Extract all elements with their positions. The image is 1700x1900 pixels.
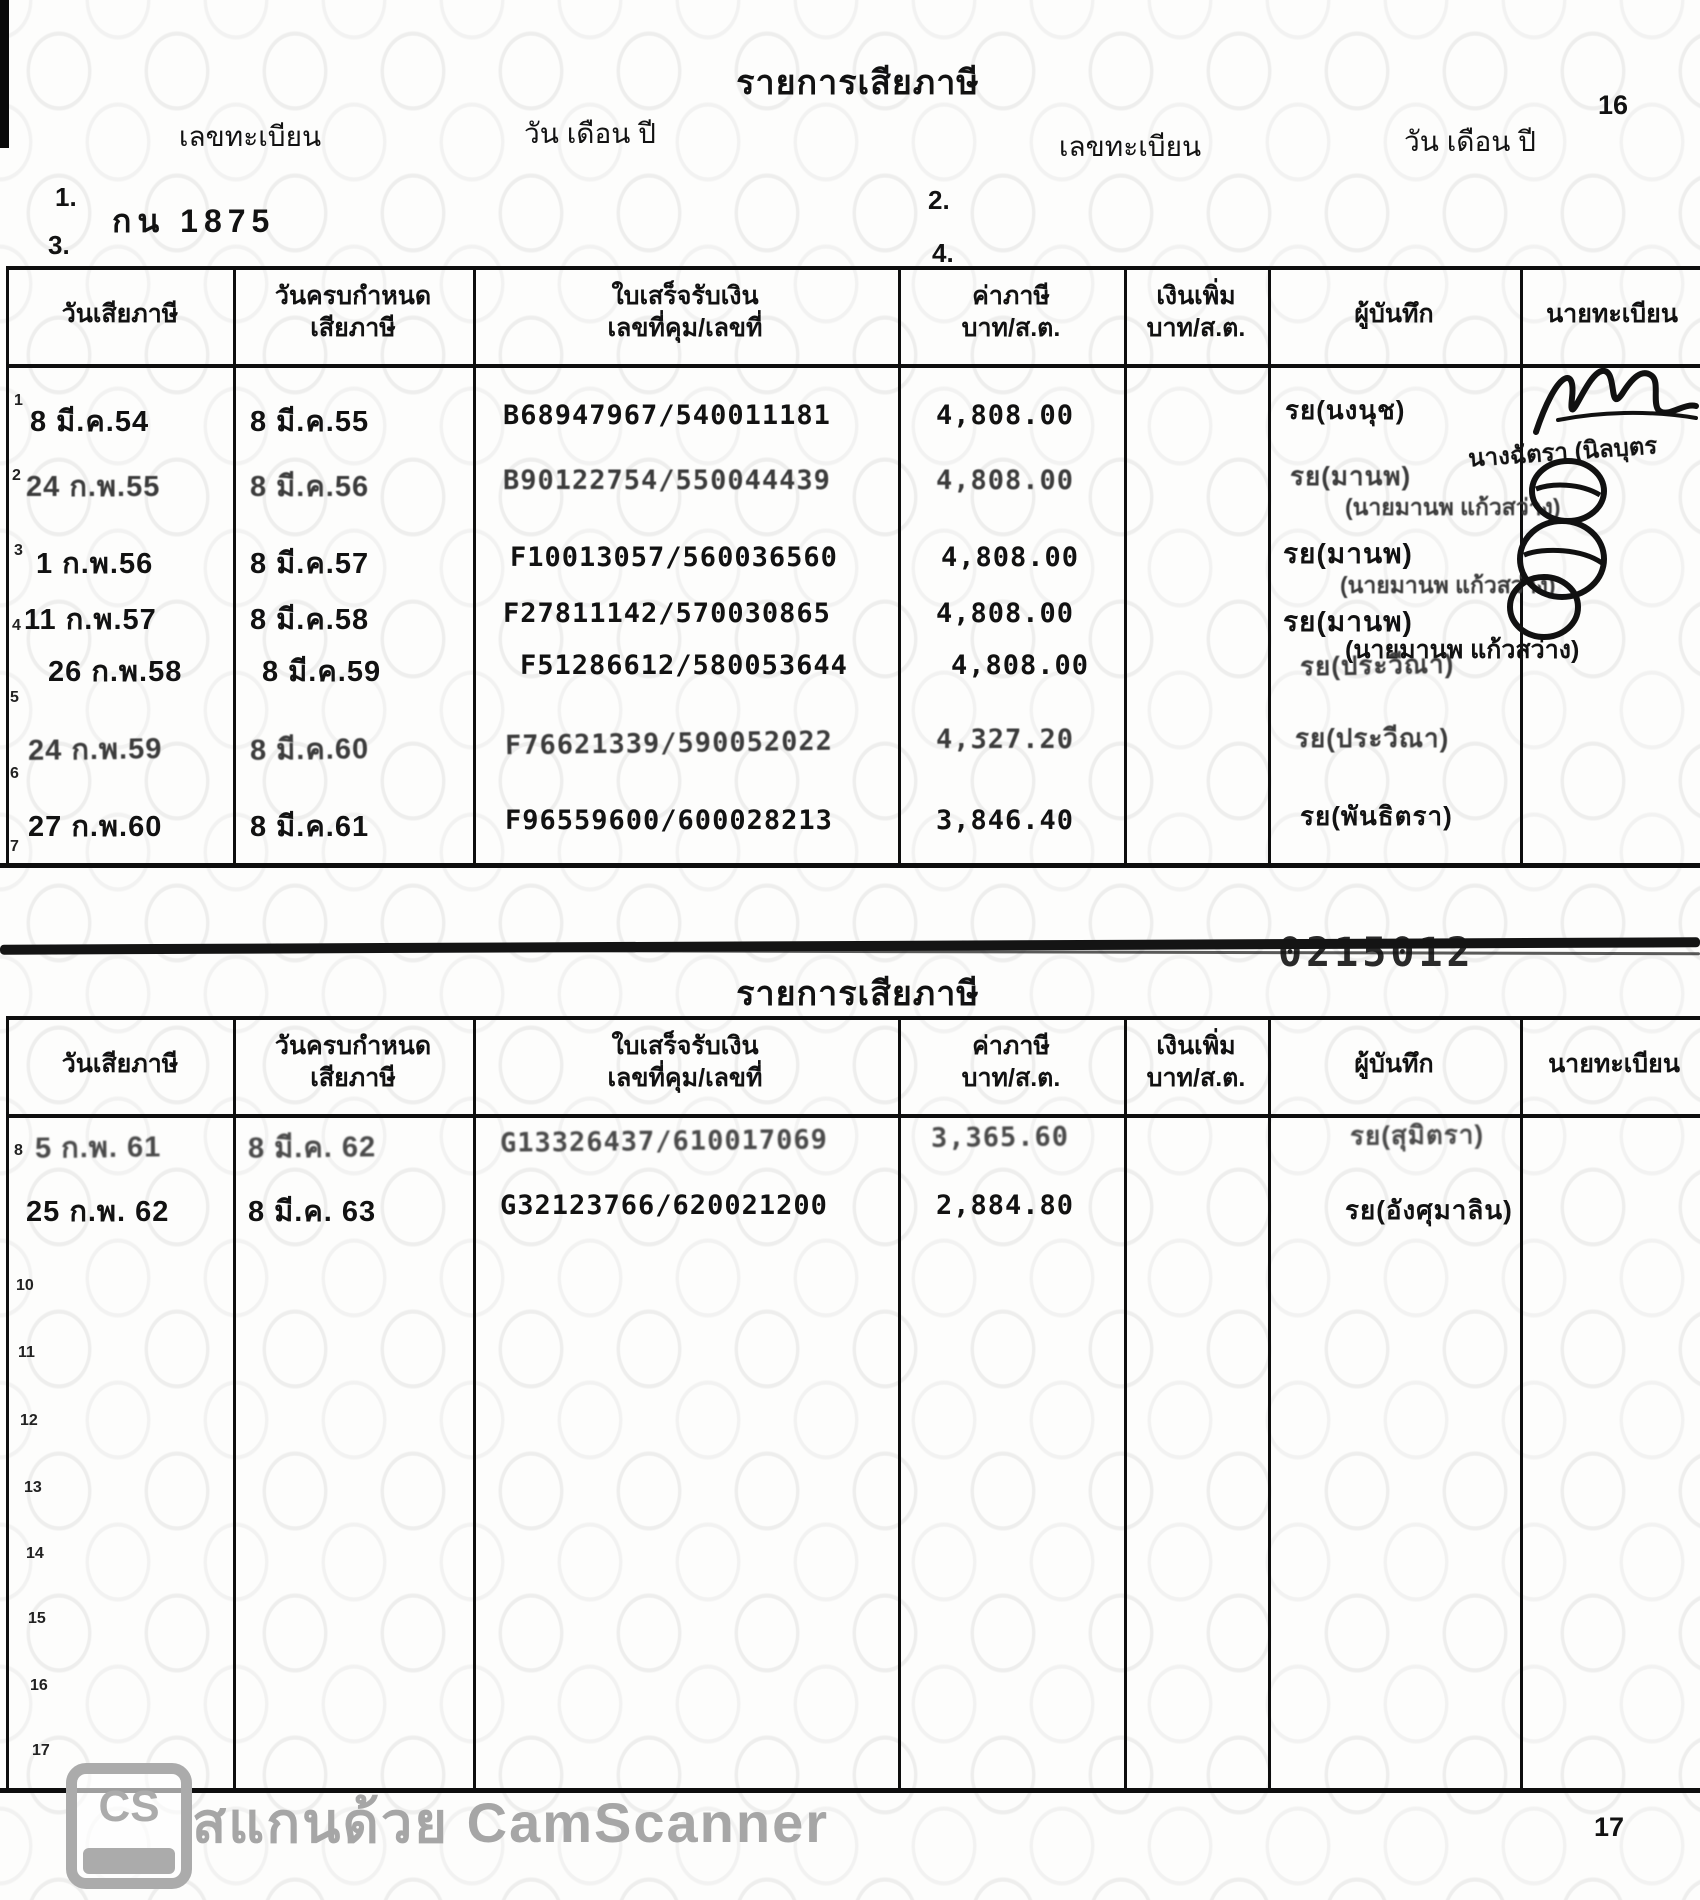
- table-border-line: [6, 364, 1700, 368]
- doc-title-bottom: รายการเสียภาษี: [736, 966, 979, 1020]
- header-receipt-number: ใบเสร็จรับเงิน เลขที่คุม/เลขที่: [607, 280, 762, 344]
- field-1-value: กน 1875: [112, 196, 275, 247]
- table-row-cell-tax-date: 27 ก.พ.60: [28, 803, 162, 849]
- scan-edge-artifact: [0, 0, 9, 148]
- table-row-cell-due-date: 8 มี.ค. 62: [248, 1123, 377, 1170]
- table-row-cell-receipt: B90122754/550044439: [503, 465, 831, 496]
- table-row-cell-tax-date: 5 ก.พ. 61: [35, 1123, 162, 1170]
- table-border-line: [1124, 266, 1127, 867]
- row-number: 4: [12, 617, 21, 635]
- field-2-label: 2.: [928, 185, 950, 216]
- row-number: 5: [10, 689, 19, 707]
- table-border-line: [233, 1016, 236, 1793]
- table-row-cell-due-date: 8 มี.ค.60: [250, 725, 370, 773]
- row-number: 14: [26, 1545, 44, 1563]
- doc-title-top: รายการเสียภาษี: [736, 55, 979, 109]
- header-surcharge: เงินเพิ่ม บาท/ส.ต.: [1147, 280, 1246, 344]
- table-row-cell-tax-date: 25 ก.พ. 62: [26, 1188, 169, 1234]
- table-border-line: [1268, 1016, 1271, 1793]
- camscanner-watermark-text: สแกนด้วย CamScanner: [192, 1778, 829, 1867]
- scanned-tax-record-page: 16 รายการเสียภาษี เลขทะเบียน วัน เดือน ป…: [0, 0, 1700, 1900]
- table-border-line: [233, 266, 236, 867]
- table-border-line: [1520, 1016, 1523, 1793]
- table-border-line: [1124, 1016, 1127, 1793]
- label-date-right: วัน เดือน ปี: [1404, 120, 1536, 164]
- row-number: 13: [24, 1479, 42, 1497]
- header-recorder: ผู้บันทึก: [1354, 1048, 1433, 1080]
- row-number: 16: [30, 1677, 48, 1695]
- table-row-cell-due-date: 8 มี.ค.59: [262, 648, 381, 694]
- header-due-date: วันครบกำหนด เสียภาษี: [275, 1030, 431, 1094]
- table-row-cell-recorder: รย(ประวีณา): [1300, 644, 1455, 688]
- camscanner-logo-bar: [83, 1848, 175, 1874]
- camscanner-logo: CS: [66, 1763, 192, 1889]
- handwritten-circle-marks: [1496, 455, 1656, 645]
- field-1-label: 1.: [55, 182, 77, 213]
- table-border-line: [6, 266, 1700, 270]
- table-row-cell-tax-date: 26 ก.พ.58: [48, 648, 182, 694]
- table-row-cell-amount: 4,327.20: [936, 724, 1074, 755]
- table-row-cell-recorder: รย(นงนุช): [1285, 390, 1405, 431]
- row-number: 2: [12, 467, 21, 485]
- row-number: 12: [20, 1412, 38, 1430]
- table-row-cell-due-date: 8 มี.ค.57: [250, 540, 369, 586]
- header-tax-date: วันเสียภาษี: [62, 298, 179, 330]
- label-registration-left: เลขทะเบียน: [179, 115, 321, 159]
- table-border-line: [1268, 266, 1271, 867]
- table-row-cell-recorder: รย(สุมิตรา): [1350, 1114, 1484, 1156]
- table-border-line: [6, 1016, 9, 1793]
- table-row-cell-recorder: รย(ประวีณา): [1295, 718, 1449, 759]
- table-row-cell-tax-date: 8 มี.ค.54: [30, 398, 149, 444]
- row-number: 3: [14, 542, 23, 560]
- row-number: 8: [14, 1142, 23, 1160]
- header-recorder: ผู้บันทึก: [1354, 298, 1433, 330]
- table-border-line: [473, 266, 476, 867]
- table-border-line: [473, 1016, 476, 1793]
- page-number-bottom: 17: [1594, 1812, 1624, 1843]
- page-number-top: 16: [1598, 90, 1628, 121]
- table-row-cell-receipt: F27811142/570030865: [503, 598, 831, 629]
- table-row-cell-due-date: 8 มี.ค.55: [250, 398, 369, 444]
- table-row-cell-receipt: G13326437/610017069: [500, 1124, 828, 1158]
- camscanner-logo-text: CS: [77, 1782, 181, 1832]
- table-row-cell-tax-date: 24 ก.พ.59: [28, 725, 163, 773]
- row-number: 6: [10, 765, 19, 783]
- table-row-cell-amount: 4,808.00: [951, 650, 1089, 681]
- table-row-cell-receipt: F51286612/580053644: [520, 650, 848, 681]
- header-tax-amount: ค่าภาษี บาท/ส.ต.: [962, 1030, 1061, 1094]
- table-row-cell-tax-date: 1 ก.พ.56: [36, 540, 153, 586]
- table-row-cell-receipt: F76621339/590052022: [505, 726, 833, 762]
- header-tax-amount: ค่าภาษี บาท/ส.ต.: [962, 280, 1061, 344]
- table-row-cell-due-date: 8 มี.ค. 63: [248, 1188, 376, 1234]
- table-row-cell-amount: 4,808.00: [941, 542, 1079, 573]
- header-receipt-number: ใบเสร็จรับเงิน เลขที่คุม/เลขที่: [607, 1030, 762, 1094]
- label-date-left: วัน เดือน ปี: [524, 112, 656, 156]
- table-border-line: [898, 266, 901, 867]
- header-tax-date: วันเสียภาษี: [62, 1048, 179, 1080]
- table-border-line: [6, 1016, 1700, 1020]
- table-row-cell-receipt: F96559600/600028213: [505, 805, 833, 836]
- table-row-cell-recorder: รย(พันธิตรา): [1300, 796, 1453, 837]
- header-registrar: นายทะเบียน: [1548, 1048, 1680, 1080]
- table-row-cell-receipt: B68947967/540011181: [503, 400, 831, 431]
- field-3-label: 3.: [48, 230, 70, 261]
- row-number: 1: [14, 392, 23, 410]
- table-row-cell-recorder: รย(อังศุมาลิน): [1345, 1190, 1513, 1231]
- table-row-cell-receipt: G32123766/620021200: [500, 1190, 828, 1221]
- table-row-cell-due-date: 8 มี.ค.58: [250, 596, 369, 642]
- row-number: 11: [18, 1344, 35, 1362]
- table-row-cell-due-date: 8 มี.ค.56: [250, 463, 369, 509]
- header-registrar: นายทะเบียน: [1546, 298, 1678, 330]
- row-number: 7: [10, 838, 19, 856]
- table-row-cell-amount: 4,808.00: [936, 598, 1074, 629]
- table-row-cell-amount: 4,808.00: [936, 400, 1074, 431]
- table-row-cell-tax-date: 11 ก.พ.57: [24, 596, 157, 642]
- row-number: 15: [28, 1610, 46, 1628]
- header-surcharge: เงินเพิ่ม บาท/ส.ต.: [1147, 1030, 1246, 1094]
- table-row-cell-receipt: F10013057/560036560: [510, 542, 838, 573]
- table-row-cell-tax-date: 24 ก.พ.55: [26, 463, 160, 509]
- table-border-line: [898, 1016, 901, 1793]
- table-row-cell-amount: 2,884.80: [936, 1190, 1074, 1221]
- label-registration-right: เลขทะเบียน: [1059, 125, 1201, 169]
- table-row-cell-amount: 4,808.00: [936, 465, 1074, 496]
- field-4-label: 4.: [932, 238, 954, 269]
- row-number: 17: [32, 1742, 50, 1760]
- table-border-line: [6, 266, 9, 867]
- table-row-cell-amount: 3,365.60: [931, 1121, 1069, 1153]
- row-number: 10: [16, 1277, 34, 1295]
- table-border-line: [0, 863, 1700, 868]
- header-due-date: วันครบกำหนด เสียภาษี: [275, 280, 431, 344]
- table-row-cell-amount: 3,846.40: [936, 805, 1074, 836]
- table-row-cell-due-date: 8 มี.ค.61: [250, 803, 369, 849]
